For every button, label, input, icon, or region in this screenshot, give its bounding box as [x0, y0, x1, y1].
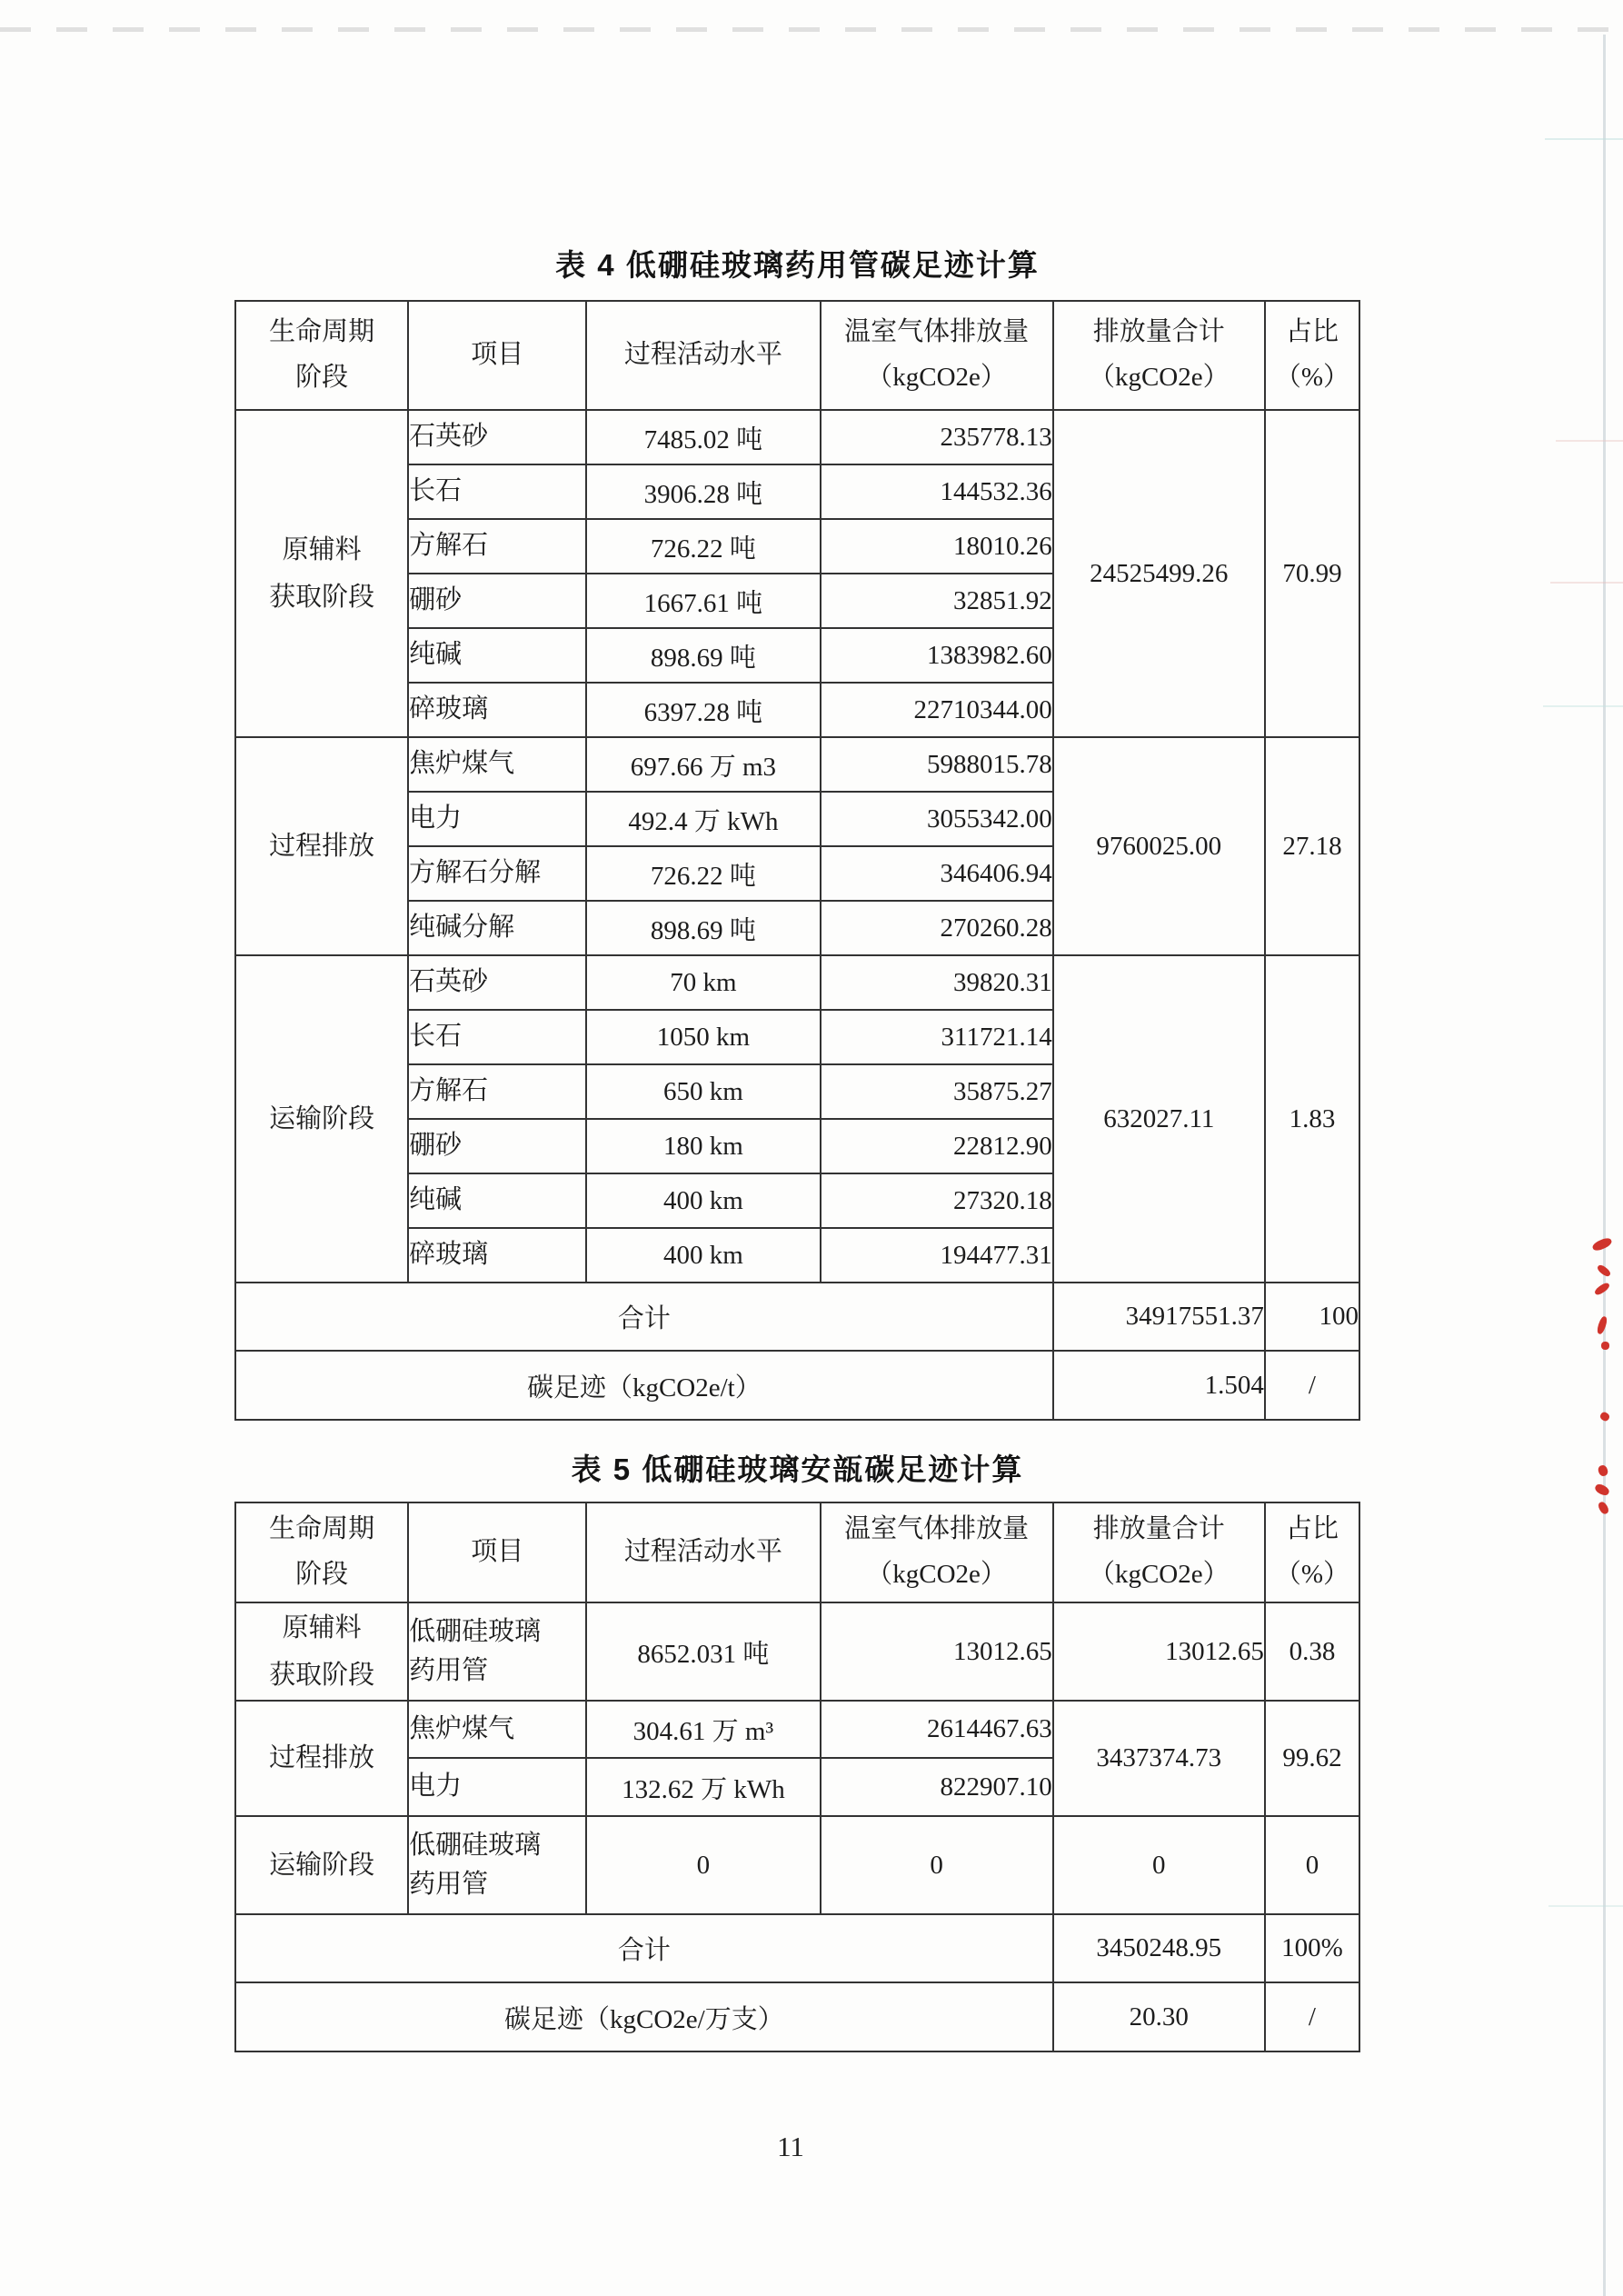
total-label: 合计 — [235, 1914, 1053, 1982]
item-cell: 方解石 — [408, 1064, 586, 1119]
scan-streak — [1548, 1905, 1623, 1907]
subtotal-cell: 0 — [1053, 1816, 1265, 1914]
scan-streak — [1556, 440, 1623, 442]
table5-header-row: 生命周期 阶段 项目 过程活动水平 温室气体排放量 （kgCO2e） 排放量合计… — [235, 1502, 1359, 1602]
activity-cell: 8652.031 吨 — [586, 1602, 820, 1701]
col-header-emission-total: 排放量合计 （kgCO2e） — [1053, 1502, 1265, 1602]
emission-cell: 27320.18 — [821, 1173, 1053, 1228]
col-header-item: 项目 — [408, 301, 586, 410]
col-header-ghg-emission: 温室气体排放量 （kgCO2e） — [821, 301, 1053, 410]
emission-cell: 144532.36 — [821, 464, 1053, 519]
item-cell: 硼砂 — [408, 574, 586, 628]
share-cell: 27.18 — [1265, 737, 1359, 955]
table-row: 过程排放 焦炉煤气 304.61 万 m³ 2614467.63 3437374… — [235, 1701, 1359, 1758]
scan-artifact-top-line — [0, 27, 1623, 32]
activity-cell: 726.22 吨 — [586, 846, 820, 901]
item-cell: 纯碱 — [408, 628, 586, 683]
activity-cell: 0 — [586, 1816, 820, 1914]
item-cell: 电力 — [408, 792, 586, 846]
col-header-activity-level: 过程活动水平 — [586, 1502, 820, 1602]
emission-cell: 22710344.00 — [821, 683, 1053, 737]
col-header-lifecycle-stage: 生命周期 阶段 — [235, 1502, 408, 1602]
item-cell: 方解石分解 — [408, 846, 586, 901]
emission-cell: 311721.14 — [821, 1010, 1053, 1064]
table-row: 过程排放 焦炉煤气 697.66 万 m3 5988015.78 9760025… — [235, 737, 1359, 792]
footprint-label: 碳足迹（kgCO2e/万支） — [235, 1982, 1053, 2051]
activity-cell: 180 km — [586, 1119, 820, 1173]
emission-cell: 0 — [821, 1816, 1053, 1914]
activity-cell: 304.61 万 m³ — [586, 1701, 820, 1758]
emission-cell: 35875.27 — [821, 1064, 1053, 1119]
emission-cell: 822907.10 — [821, 1758, 1053, 1816]
table4-header-row: 生命周期 阶段 项目 过程活动水平 温室气体排放量 （kgCO2e） 排放量合计… — [235, 301, 1359, 410]
activity-cell: 898.69 吨 — [586, 628, 820, 683]
table-row: 运输阶段 低硼硅玻璃 药用管 0 0 0 0 — [235, 1816, 1359, 1914]
emission-cell: 270260.28 — [821, 901, 1053, 955]
total-value: 34917551.37 — [1053, 1283, 1265, 1351]
stage-cell: 原辅料 获取阶段 — [235, 410, 408, 737]
share-cell: 70.99 — [1265, 410, 1359, 737]
subtotal-cell: 9760025.00 — [1053, 737, 1265, 955]
item-cell: 石英砂 — [408, 410, 586, 464]
emission-cell: 22812.90 — [821, 1119, 1053, 1173]
red-ink-mark — [1596, 1315, 1608, 1334]
share-cell: 0.38 — [1265, 1602, 1359, 1701]
item-cell: 电力 — [408, 1758, 586, 1816]
stage-cell: 运输阶段 — [235, 1816, 408, 1914]
table-row: 原辅料 获取阶段 低硼硅玻璃 药用管 8652.031 吨 13012.65 1… — [235, 1602, 1359, 1701]
total-share: 100 — [1265, 1283, 1359, 1351]
table5-title: 表 5 低硼硅玻璃安瓿碳足迹计算 — [234, 1446, 1360, 1489]
emission-cell: 32851.92 — [821, 574, 1053, 628]
red-ink-mark — [1594, 1482, 1611, 1497]
item-cell: 纯碱 — [408, 1173, 586, 1228]
item-cell: 焦炉煤气 — [408, 1701, 586, 1758]
col-header-ghg-emission: 温室气体排放量 （kgCO2e） — [821, 1502, 1053, 1602]
col-header-share: 占比 （%） — [1265, 1502, 1359, 1602]
col-header-activity-level: 过程活动水平 — [586, 301, 820, 410]
activity-cell: 650 km — [586, 1064, 820, 1119]
subtotal-cell: 3437374.73 — [1053, 1701, 1265, 1816]
footprint-share: / — [1265, 1351, 1359, 1420]
red-ink-mark — [1598, 1411, 1610, 1423]
total-row: 合计 34917551.37 100 — [235, 1283, 1359, 1351]
scanned-document-page: 表 4 低硼硅玻璃药用管碳足迹计算 生命周期 阶段 项目 过程活动水平 温室气体… — [0, 0, 1623, 2296]
activity-cell: 400 km — [586, 1228, 820, 1283]
subtotal-cell: 24525499.26 — [1053, 410, 1265, 737]
emission-cell: 18010.26 — [821, 519, 1053, 574]
item-cell: 低硼硅玻璃 药用管 — [408, 1602, 586, 1701]
stage-cell: 运输阶段 — [235, 955, 408, 1283]
emission-cell: 3055342.00 — [821, 792, 1053, 846]
stage-cell: 过程排放 — [235, 1701, 408, 1816]
table-row: 原辅料 获取阶段 石英砂 7485.02 吨 235778.13 2452549… — [235, 410, 1359, 464]
scan-streak — [1545, 138, 1623, 140]
emission-cell: 194477.31 — [821, 1228, 1053, 1283]
emission-cell: 346406.94 — [821, 846, 1053, 901]
total-row: 合计 3450248.95 100% — [235, 1914, 1359, 1982]
activity-cell: 1667.61 吨 — [586, 574, 820, 628]
activity-cell: 898.69 吨 — [586, 901, 820, 955]
emission-cell: 235778.13 — [821, 410, 1053, 464]
share-cell: 1.83 — [1265, 955, 1359, 1283]
share-cell: 0 — [1265, 1816, 1359, 1914]
item-cell: 碎玻璃 — [408, 683, 586, 737]
stage-cell: 原辅料 获取阶段 — [235, 1602, 408, 1701]
footprint-value: 1.504 — [1053, 1351, 1265, 1420]
red-ink-mark — [1593, 1282, 1610, 1297]
share-cell: 99.62 — [1265, 1701, 1359, 1816]
activity-cell: 1050 km — [586, 1010, 820, 1064]
subtotal-cell: 13012.65 — [1053, 1602, 1265, 1701]
stage-cell: 过程排放 — [235, 737, 408, 955]
item-cell: 低硼硅玻璃 药用管 — [408, 1816, 586, 1914]
activity-cell: 726.22 吨 — [586, 519, 820, 574]
emission-cell: 39820.31 — [821, 955, 1053, 1010]
activity-cell: 400 km — [586, 1173, 820, 1228]
activity-cell: 492.4 万 kWh — [586, 792, 820, 846]
activity-cell: 3906.28 吨 — [586, 464, 820, 519]
item-cell: 硼砂 — [408, 1119, 586, 1173]
scan-streak — [1543, 705, 1623, 707]
activity-cell: 7485.02 吨 — [586, 410, 820, 464]
activity-cell: 70 km — [586, 955, 820, 1010]
item-cell: 焦炉煤气 — [408, 737, 586, 792]
red-ink-mark — [1597, 1464, 1609, 1478]
col-header-item: 项目 — [408, 1502, 586, 1602]
scan-artifact-right-edge-line — [1603, 35, 1606, 2296]
col-header-emission-total: 排放量合计 （kgCO2e） — [1053, 301, 1265, 410]
footprint-value: 20.30 — [1053, 1982, 1265, 2051]
item-cell: 纯碱分解 — [408, 901, 586, 955]
footprint-row: 碳足迹（kgCO2e/t） 1.504 / — [235, 1351, 1359, 1420]
item-cell: 碎玻璃 — [408, 1228, 586, 1283]
col-header-share: 占比 （%） — [1265, 301, 1359, 410]
item-cell: 长石 — [408, 464, 586, 519]
total-value: 3450248.95 — [1053, 1914, 1265, 1982]
item-cell: 长石 — [408, 1010, 586, 1064]
subtotal-cell: 632027.11 — [1053, 955, 1265, 1283]
total-label: 合计 — [235, 1283, 1053, 1351]
footprint-label: 碳足迹（kgCO2e/t） — [235, 1351, 1053, 1420]
activity-cell: 6397.28 吨 — [586, 683, 820, 737]
emission-cell: 1383982.60 — [821, 628, 1053, 683]
total-share: 100% — [1265, 1914, 1359, 1982]
emission-cell: 2614467.63 — [821, 1701, 1053, 1758]
table4-title: 表 4 低硼硅玻璃药用管碳足迹计算 — [234, 242, 1360, 285]
table4-carbon-footprint-tube: 生命周期 阶段 项目 过程活动水平 温室气体排放量 （kgCO2e） 排放量合计… — [234, 300, 1360, 1421]
item-cell: 石英砂 — [408, 955, 586, 1010]
emission-cell: 13012.65 — [821, 1602, 1053, 1701]
activity-cell: 132.62 万 kWh — [586, 1758, 820, 1816]
red-ink-mark — [1591, 1236, 1613, 1253]
col-header-lifecycle-stage: 生命周期 阶段 — [235, 301, 408, 410]
page-number: 11 — [736, 2131, 845, 2163]
red-ink-mark — [1597, 1501, 1610, 1516]
footprint-share: / — [1265, 1982, 1359, 2051]
item-cell: 方解石 — [408, 519, 586, 574]
footprint-row: 碳足迹（kgCO2e/万支） 20.30 / — [235, 1982, 1359, 2051]
red-ink-mark — [1601, 1342, 1609, 1350]
activity-cell: 697.66 万 m3 — [586, 737, 820, 792]
scan-streak — [1550, 582, 1623, 584]
table5-carbon-footprint-ampoule: 生命周期 阶段 项目 过程活动水平 温室气体排放量 （kgCO2e） 排放量合计… — [234, 1502, 1360, 2052]
table-row: 运输阶段 石英砂 70 km 39820.31 632027.11 1.83 — [235, 955, 1359, 1010]
emission-cell: 5988015.78 — [821, 737, 1053, 792]
